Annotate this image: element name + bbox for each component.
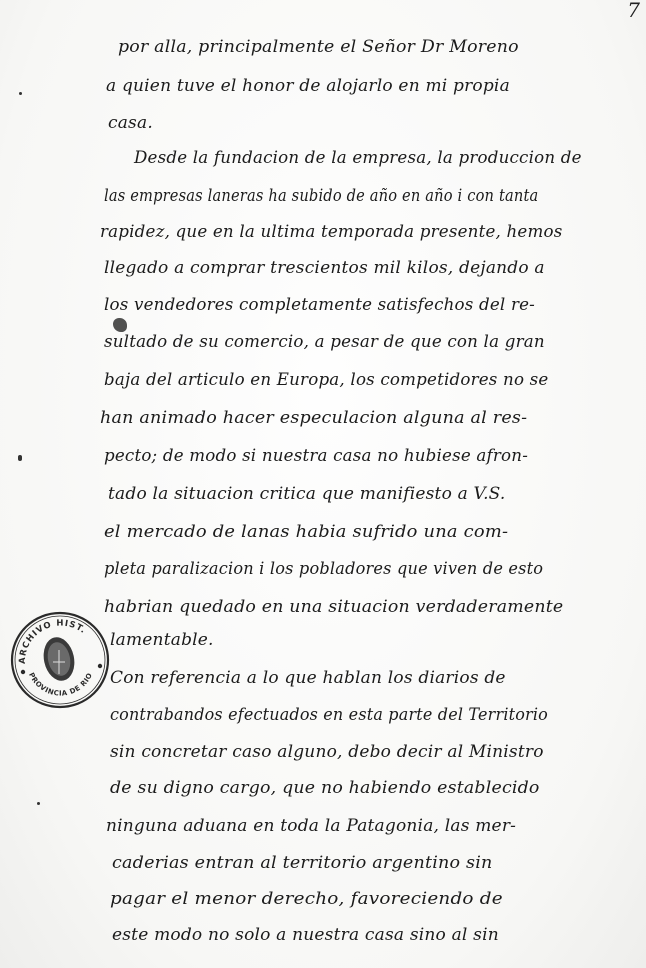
manuscript-line: a quien tuve el honor de alojarlo en mi … (106, 76, 510, 96)
manuscript-line: caderias entran al territorio argentino … (112, 853, 493, 873)
manuscript-line: tado la situacion critica que manifiesto… (108, 484, 506, 504)
manuscript-line: por alla, principalmente el Señor Dr Mor… (118, 37, 519, 57)
margin-mark (37, 802, 40, 805)
margin-mark (18, 455, 22, 461)
manuscript-line: ninguna aduana en toda la Patagonia, las… (106, 816, 516, 836)
manuscript-line: Desde la fundacion de la empresa, la pro… (134, 148, 582, 168)
manuscript-line: Con referencia a lo que hablan los diari… (110, 668, 506, 688)
manuscript-line: las empresas laneras ha subido de año en… (104, 186, 538, 206)
margin-mark (19, 92, 22, 95)
manuscript-line: pagar el menor derecho, favoreciendo de (110, 889, 503, 909)
manuscript-line: este modo no solo a nuestra casa sino al… (112, 925, 499, 945)
manuscript-line: contrabandos efectuados en esta parte de… (110, 705, 548, 725)
manuscript-line: pleta paralizacion i los pobladores que … (104, 559, 543, 579)
manuscript-line: los vendedores completamente satisfechos… (104, 295, 535, 315)
manuscript-line: sultado de su comercio, a pesar de que c… (104, 332, 545, 352)
page-number: 7 (627, 0, 640, 22)
manuscript-line: baja del articulo en Europa, los competi… (104, 370, 548, 390)
manuscript-line: habrian quedado en una situacion verdade… (104, 597, 563, 617)
archive-stamp-icon: ARCHIVO HIST. PROVINCIA DE RIO NEGRO (9, 610, 111, 710)
manuscript-line: llegado a comprar trescientos mil kilos,… (104, 258, 545, 278)
manuscript-line: de su digno cargo, que no habiendo estab… (110, 778, 540, 798)
manuscript-line: pecto; de modo si nuestra casa no hubies… (104, 446, 528, 466)
manuscript-line: sin concretar caso alguno, debo decir al… (110, 742, 544, 762)
manuscript-line: casa. (108, 113, 153, 133)
ink-blot (113, 318, 127, 332)
manuscript-line: rapidez, que en la ultima temporada pres… (100, 222, 562, 242)
manuscript-line: lamentable. (110, 630, 214, 650)
manuscript-page: 7 por alla, principalmente el Señor Dr M… (0, 0, 646, 968)
manuscript-line: el mercado de lanas habia sufrido una co… (104, 522, 508, 542)
manuscript-line: han animado hacer especulacion alguna al… (100, 408, 527, 428)
